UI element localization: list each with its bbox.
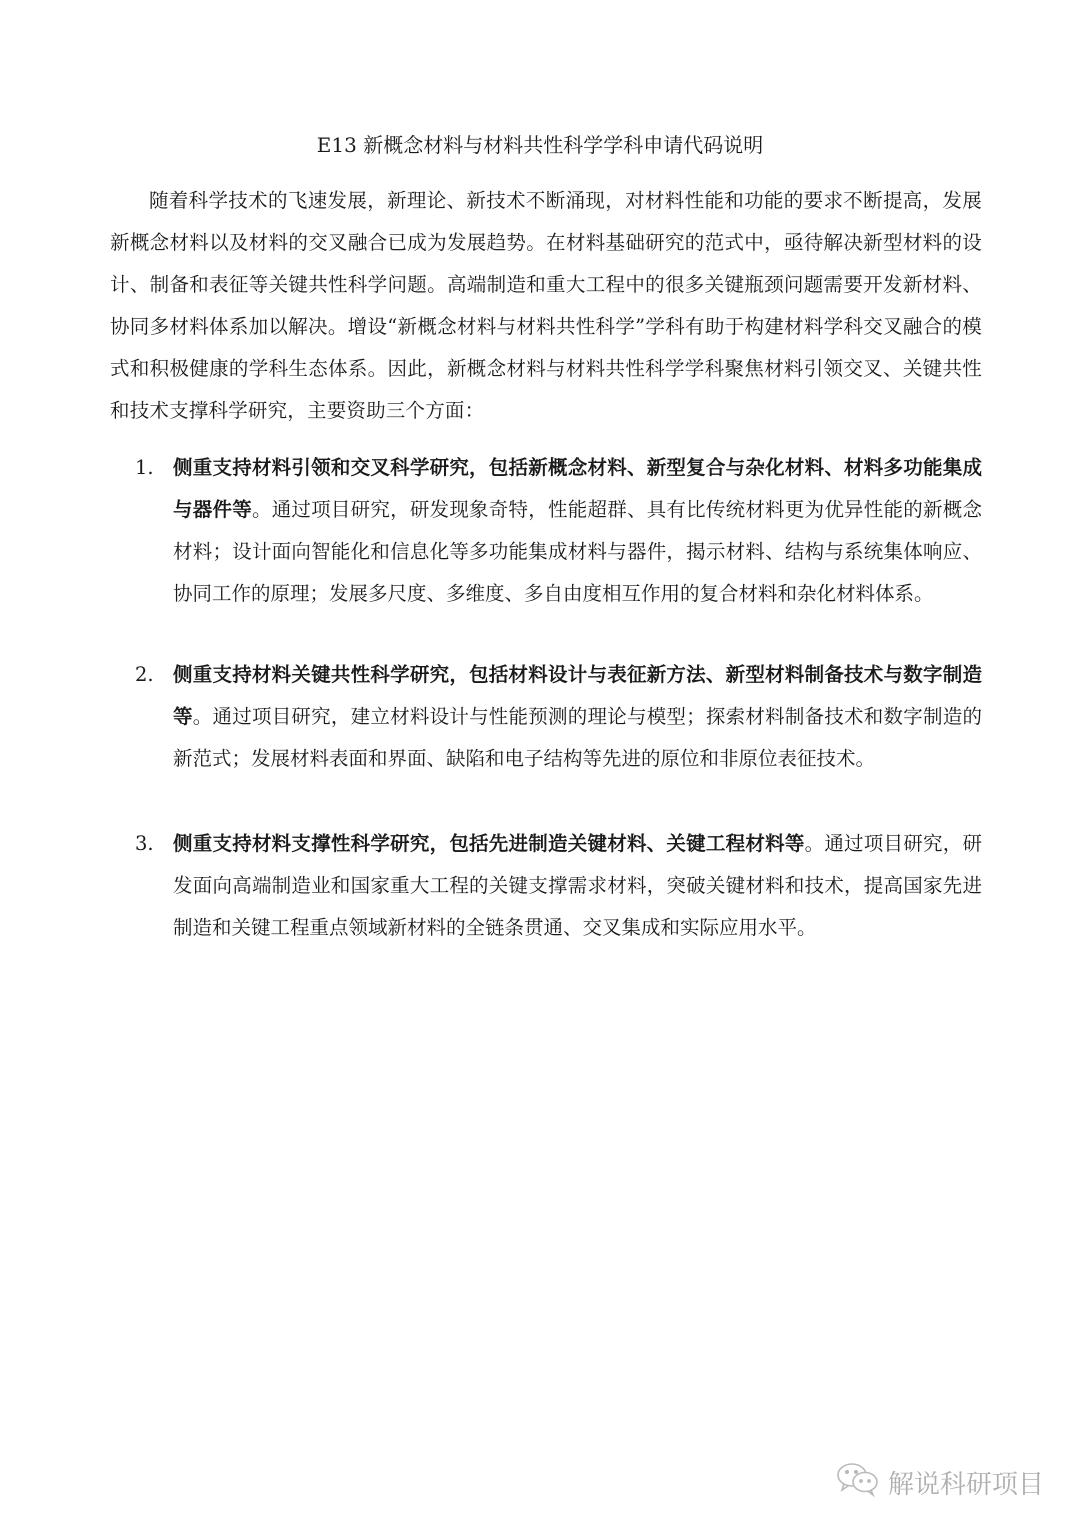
list-item-1: 1. 侧重支持材料引领和交叉科学研究，包括新概念材料、新型复合与杂化材料、材料多… bbox=[135, 447, 982, 615]
document-title: E13 新概念材料与材料共性科学学科申请代码说明 bbox=[0, 130, 1080, 160]
list-item-number: 1. bbox=[135, 447, 165, 489]
wechat-icon bbox=[836, 1461, 880, 1504]
list-item-heading: 侧重支持材料支撑性科学研究，包括先进制造关键材料、关键工程材料等 bbox=[173, 832, 805, 855]
watermark: 解说科研项目 bbox=[836, 1462, 1044, 1502]
intro-paragraph: 随着科学技术的飞速发展，新理论、新技术不断涌现，对材料性能和功能的要求不断提高，… bbox=[110, 180, 982, 432]
watermark-label: 解说科研项目 bbox=[888, 1464, 1044, 1501]
list-item-2: 2. 侧重支持材料关键共性科学研究，包括材料设计与表征新方法、新型材料制备技术与… bbox=[135, 654, 982, 780]
list-item-text: 。通过项目研究，建立材料设计与性能预测的理论与模型；探索材料制备技术和数字制造的… bbox=[173, 705, 982, 770]
list-item-3: 3. 侧重支持材料支撑性科学研究，包括先进制造关键材料、关键工程材料等。通过项目… bbox=[135, 823, 982, 949]
list-item-number: 2. bbox=[135, 654, 165, 696]
list-item-text: 。通过项目研究，研发现象奇特，性能超群、具有比传统材料更为优异性能的新概念材料；… bbox=[173, 498, 982, 605]
list-item-number: 3. bbox=[135, 823, 165, 865]
